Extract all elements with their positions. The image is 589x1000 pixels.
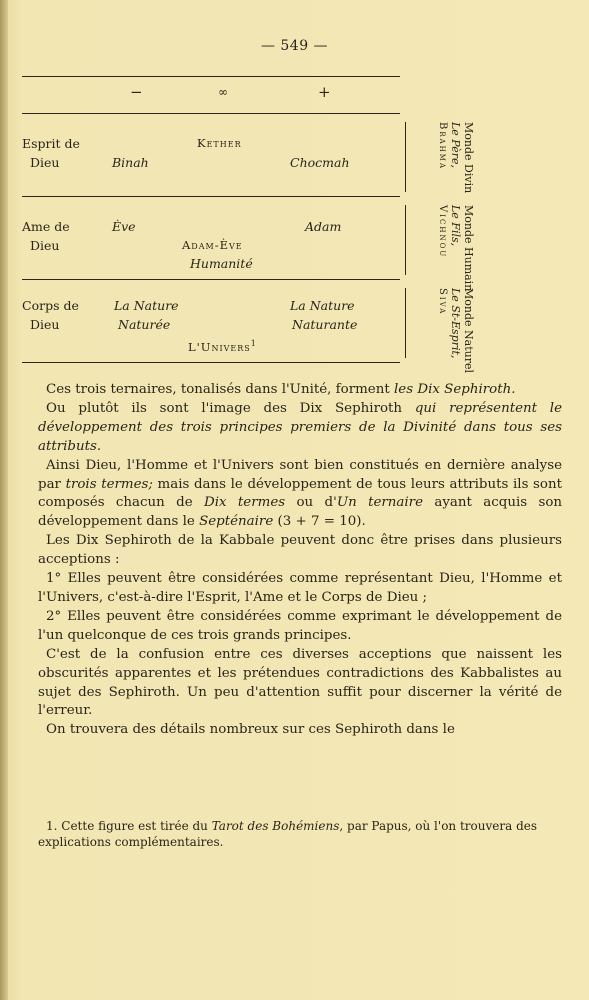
- person-label: Le Fils,: [449, 205, 462, 277]
- world-label: Monde Divin: [462, 122, 475, 194]
- world-label: Monde Humain: [462, 205, 475, 277]
- footnote-ref: 1: [251, 339, 256, 348]
- paragraph: 1° Elles peuvent être considérées comme …: [38, 570, 562, 608]
- deity-label: Vichnou: [436, 205, 449, 277]
- paragraph: C'est de la confusion entre ces diverses…: [38, 646, 562, 722]
- row-monde-divin: Esprit de Dieu Binah Kether Chocmah Mond…: [22, 113, 400, 196]
- sephira-binah: Binah: [112, 153, 149, 172]
- person-label: Le St-Esprit,: [449, 288, 462, 360]
- row-label-line2: Dieu: [30, 315, 59, 334]
- column-divider: [405, 205, 406, 275]
- row-label-line2: Dieu: [30, 153, 59, 172]
- infinity-sign: ∞: [218, 85, 228, 99]
- column-divider: [405, 288, 406, 358]
- row-monde-naturel: Corps de Dieu La Nature Naturée L'Univer…: [22, 279, 400, 363]
- body-text: Ces trois ternaires, tonalisés dans l'Un…: [38, 381, 562, 740]
- minus-sign: −: [130, 83, 143, 101]
- sephira-chocmah: Chocmah: [290, 153, 350, 172]
- humanite-label: Humanité: [190, 254, 253, 273]
- deity-label: Siva: [436, 288, 449, 360]
- adam-label: Adam: [305, 217, 341, 236]
- row-monde-humain: Ame de Dieu Ève Adam-Ève Humanité Adam M…: [22, 196, 400, 279]
- row-label-line2: Dieu: [30, 236, 59, 255]
- paragraph: Ou plutôt ils sont l'image des Dix Sephi…: [38, 400, 562, 457]
- side-label: Monde Divin Le Père, Brahma: [407, 122, 475, 194]
- nature-naturante-line1: La Nature: [290, 296, 355, 315]
- paragraph: Ces trois ternaires, tonalisés dans l'Un…: [38, 381, 562, 400]
- paragraph: Les Dix Sephiroth de la Kabbale peuvent …: [38, 532, 562, 570]
- side-label: Monde Naturel Le St-Esprit, Siva: [407, 288, 475, 360]
- nature-naturante-line2: Naturante: [292, 315, 357, 334]
- sephira-kether: Kether: [197, 134, 242, 153]
- adam-eve-label: Adam-Ève: [182, 236, 243, 255]
- book-spine-edge: [0, 0, 8, 1000]
- footnote: 1. Cette figure est tirée du Tarot des B…: [38, 818, 562, 850]
- column-divider: [405, 122, 406, 192]
- nature-naturee-line1: La Nature: [114, 296, 179, 315]
- polarity-signs: − ∞ +: [22, 77, 400, 113]
- world-label: Monde Naturel: [462, 288, 475, 360]
- eve-label: Ève: [112, 217, 136, 236]
- paragraph: 2° Elles peuvent être considérées comme …: [38, 608, 562, 646]
- paragraph: Ainsi Dieu, l'Homme et l'Univers sont bi…: [38, 457, 562, 533]
- sephiroth-figure: − ∞ + Esprit de Dieu Binah Kether Chocma…: [22, 76, 400, 363]
- row-label-line1: Esprit de: [22, 134, 80, 153]
- page-number: — 549 —: [0, 38, 589, 54]
- deity-label: Brahma: [436, 122, 449, 194]
- univers-label: L'Univers1: [188, 334, 256, 357]
- row-label-line1: Ame de: [22, 217, 70, 236]
- nature-naturee-line2: Naturée: [118, 315, 170, 334]
- row-label-line1: Corps de: [22, 296, 79, 315]
- paragraph: On trouvera des détails nombreux sur ces…: [38, 721, 562, 740]
- plus-sign: +: [318, 83, 331, 101]
- person-label: Le Père,: [449, 122, 462, 194]
- side-label: Monde Humain Le Fils, Vichnou: [407, 205, 475, 277]
